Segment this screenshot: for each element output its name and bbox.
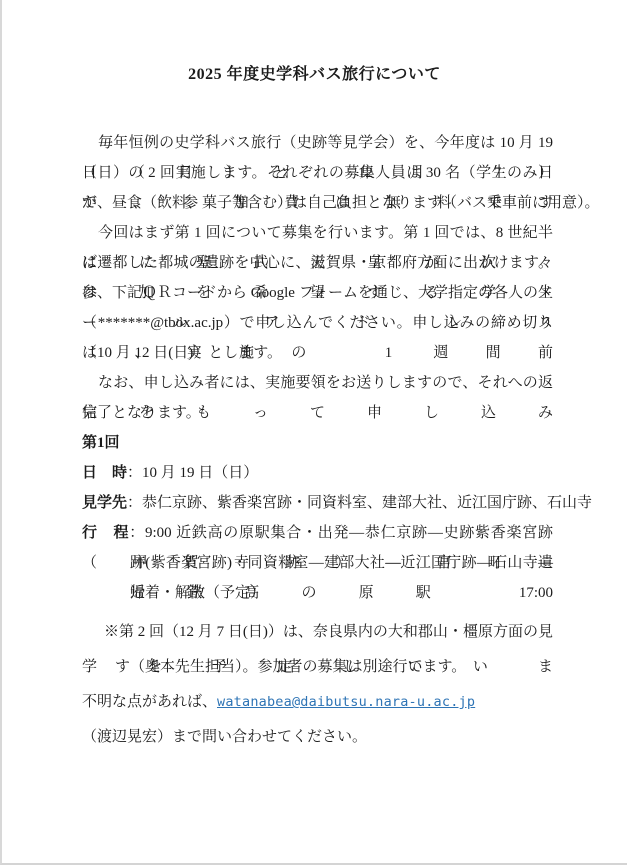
field-sites-label: 見学先	[82, 495, 127, 511]
itinerary-line2: 跡(紫香楽宮跡)・同資料室—建部大社—近江国庁跡—石山寺—近鉄高の原駅 17:0…	[82, 548, 553, 578]
para2-line4: （*******@tbox.ac.jp）で申し込んでください。申し込みの締め切り…	[82, 308, 553, 338]
field-sites: 見学先：恭仁京跡、紫香楽宮跡・同資料室、建部大社、近江国庁跡、石山寺	[82, 488, 553, 518]
field-itinerary: 行 程：9:00 近鉄高の原駅集合・出発—恭仁京跡—史跡紫香楽宮跡（甲賀寺跡）—…	[82, 518, 553, 548]
para2-line3: は、下記ＱＲコードから Google フォームを通じ、大学指定の各人のメールアド…	[82, 278, 553, 308]
para1-line1: 毎年恒例の史学科バス旅行（史跡等見学会）を、今年度は 10 月 19 日（日）と…	[82, 128, 553, 158]
doc-body: 毎年恒例の史学科バス旅行（史跡等見学会）を、今年度は 10 月 19 日（日）と…	[82, 128, 553, 755]
contact-email-link[interactable]: watanabea@daibutsu.nara-u.ac.jp	[217, 694, 475, 710]
para2-line2: に遷都した都城の遺跡を中心に、滋賀県・京都府方面に出かけます。参加を希望する学生	[82, 248, 553, 278]
field-sites-value: ：恭仁京跡、紫香楽宮跡・同資料室、建部大社、近江国庁跡、石山寺	[127, 495, 592, 511]
section-heading-round1: 第1回	[82, 428, 553, 458]
contact-line-text: 不明な点があれば、	[82, 694, 217, 710]
contact-person-line: （渡辺晃宏）まで問い合わせてください。	[82, 720, 553, 755]
para1-line2: （日）の 2 回実施します。それぞれの募集人員は 30 名（学生のみ）で、参加費…	[82, 158, 553, 188]
document-page: 2025 年度史学科バス旅行について 毎年恒例の史学科バス旅行（史跡等見学会）を…	[0, 0, 627, 865]
doc-footer-block: ※第 2 回（12 月 7 日(日)）は、奈良県内の大和郡山・橿原方面の見学を予…	[82, 615, 553, 755]
field-datetime-label: 日 時	[82, 465, 127, 481]
para3-line1: なお、申し込み者には、実施要領をお送りしますので、それへの返信をもって申し込み	[82, 368, 553, 398]
para2-line1: 今回はまず第 1 回について募集を行います。第 1 回では、8 世紀半ばに聖武天…	[82, 218, 553, 248]
field-datetime: 日 時：10 月 19 日（日）	[82, 458, 553, 488]
para1-line3: が、昼食（飲料、菓子等含む）は自己負担となります（バス乗車前に用意）。	[82, 188, 553, 218]
field-itinerary-label: 行 程	[82, 525, 129, 541]
field-datetime-value: ：10 月 19 日（日）	[127, 465, 258, 481]
contact-line: 不明な点があれば、watanabea@daibutsu.nara-u.ac.jp	[82, 685, 553, 720]
doc-title: 2025 年度史学科バス旅行について	[2, 64, 627, 86]
note-round2-line1: ※第 2 回（12 月 7 日(日)）は、奈良県内の大和郡山・橿原方面の見学を予…	[82, 615, 553, 650]
